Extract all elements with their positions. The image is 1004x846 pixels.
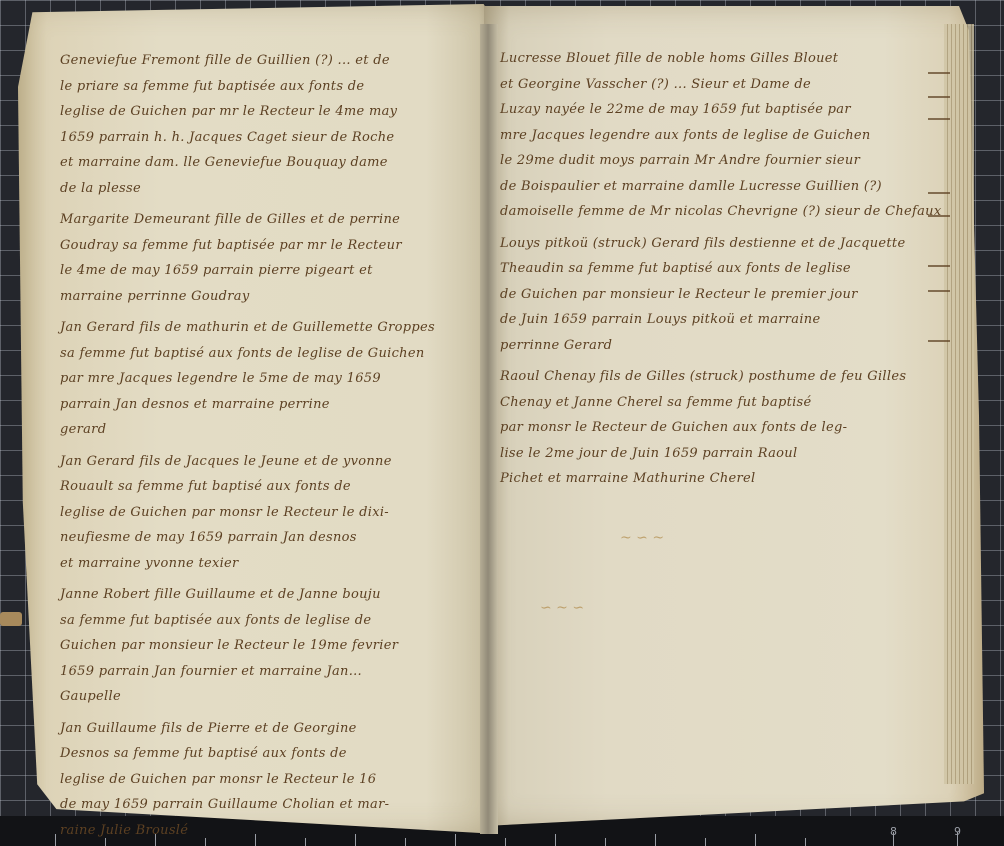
baptism-entry: Jan Gerard fils de mathurin et de Guille…: [60, 315, 465, 443]
ruler-tick: [55, 834, 56, 846]
baptism-entry: Jan Guillaume fils de Pierre et de Georg…: [60, 716, 465, 844]
baptism-entry: Raoul Chenay fils de Gilles (struck) pos…: [500, 364, 930, 492]
entry-line: mre Jacques legendre aux fonts de leglis…: [500, 123, 930, 149]
entry-line: le priare sa femme fut baptisée aux font…: [60, 74, 465, 100]
entry-line: et Georgine Vasscher (?) ... Sieur et Da…: [500, 72, 930, 98]
entry-line: Chenay et Janne Cherel sa femme fut bapt…: [500, 390, 930, 416]
margin-rule-mark: [928, 192, 950, 194]
margin-rule-mark: [928, 265, 950, 267]
ruler-tick: [505, 838, 506, 846]
entry-line: Margarite Demeurant fille de Gilles et d…: [60, 207, 465, 233]
entry-line: de la plesse: [60, 176, 465, 202]
entry-line: Jan Guillaume fils de Pierre et de Georg…: [60, 716, 465, 742]
baptism-entry: Lucresse Blouet fille de noble homs Gill…: [500, 46, 930, 225]
entry-line: le 29me dudit moys parrain Mr Andre four…: [500, 148, 930, 174]
entry-line: le 4me de may 1659 parrain pierre pigear…: [60, 258, 465, 284]
margin-rule-mark: [928, 72, 950, 74]
baptism-entry: Geneviefue Fremont fille de Guillien (?)…: [60, 48, 465, 201]
entry-line: leglise de Guichen par monsr le Recteur …: [60, 767, 465, 793]
ruler-tick: [705, 838, 706, 846]
entry-line: Geneviefue Fremont fille de Guillien (?)…: [60, 48, 465, 74]
entry-line: Jan Gerard fils de mathurin et de Guille…: [60, 315, 465, 341]
entry-line: 1659 parrain Jan fournier et marraine Ja…: [60, 659, 465, 685]
faded-ink-mark: ∽ ~ ∽: [540, 600, 584, 616]
entry-line: de may 1659 parrain Guillaume Cholian et…: [60, 792, 465, 818]
entry-line: damoiselle femme de Mr nicolas Chevrigne…: [500, 199, 930, 225]
entry-line: leglise de Guichen par mr le Recteur le …: [60, 99, 465, 125]
baptism-entry: Janne Robert fille Guillaume et de Janne…: [60, 582, 465, 710]
entry-line: sa femme fut baptisée aux fonts de legli…: [60, 608, 465, 634]
margin-rule-mark: [928, 340, 950, 342]
entry-line: Raoul Chenay fils de Gilles (struck) pos…: [500, 364, 930, 390]
margin-rule-mark: [928, 290, 950, 292]
entry-line: Guichen par monsieur le Recteur le 19me …: [60, 633, 465, 659]
entry-line: par monsr le Recteur de Guichen aux font…: [500, 415, 930, 441]
entry-line: 1659 parrain h. h. Jacques Caget sieur d…: [60, 125, 465, 151]
margin-rule-mark: [928, 96, 950, 98]
ruler-tick: [655, 834, 656, 846]
ruler-tick: [605, 838, 606, 846]
left-page-text: Geneviefue Fremont fille de Guillien (?)…: [60, 48, 465, 846]
entry-line: de Juin 1659 parrain Louys pitkoü et mar…: [500, 307, 930, 333]
entry-line: leglise de Guichen par monsr le Recteur …: [60, 500, 465, 526]
entry-line: Louys pitkoü (struck) Gerard fils destie…: [500, 231, 930, 257]
entry-line: Gaupelle: [60, 684, 465, 710]
entry-line: et marraine dam. lle Geneviefue Bouquay …: [60, 150, 465, 176]
book-gutter: [480, 24, 498, 834]
page-edges: [944, 24, 974, 784]
entry-line: sa femme fut baptisé aux fonts de leglis…: [60, 341, 465, 367]
entry-line: Luzay nayée le 22me de may 1659 fut bapt…: [500, 97, 930, 123]
entry-line: perrinne Gerard: [500, 333, 930, 359]
entry-line: lise le 2me jour de Juin 1659 parrain Ra…: [500, 441, 930, 467]
entry-line: de Boispaulier et marraine damlle Lucres…: [500, 174, 930, 200]
entry-line: neufiesme de may 1659 parrain Jan desnos: [60, 525, 465, 551]
margin-rule-mark: [928, 215, 950, 217]
margin-rule-mark: [928, 118, 950, 120]
entry-line: Theaudin sa femme fut baptisé aux fonts …: [500, 256, 930, 282]
baptism-entry: Margarite Demeurant fille de Gilles et d…: [60, 207, 465, 309]
entry-line: par mre Jacques legendre le 5me de may 1…: [60, 366, 465, 392]
entry-line: raine Julie Brouslé: [60, 818, 465, 844]
entry-line: Jan Gerard fils de Jacques le Jeune et d…: [60, 449, 465, 475]
ruler-tick: [555, 834, 556, 846]
faded-ink-mark: ~ ∽ ~: [620, 530, 664, 546]
baptism-entry: Louys pitkoü (struck) Gerard fils destie…: [500, 231, 930, 359]
right-page-text: Lucresse Blouet fille de noble homs Gill…: [500, 46, 930, 498]
entry-line: de Guichen par monsieur le Recteur le pr…: [500, 282, 930, 308]
entry-line: Pichet et marraine Mathurine Cherel: [500, 466, 930, 492]
entry-line: Rouault sa femme fut baptisé aux fonts d…: [60, 474, 465, 500]
entry-line: Desnos sa femme fut baptisé aux fonts de: [60, 741, 465, 767]
entry-line: Goudray sa femme fut baptisée par mr le …: [60, 233, 465, 259]
entry-line: Janne Robert fille Guillaume et de Janne…: [60, 582, 465, 608]
entry-line: et marraine yvonne texier: [60, 551, 465, 577]
baptism-entry: Jan Gerard fils de Jacques le Jeune et d…: [60, 449, 465, 577]
ruler-tick: [805, 838, 806, 846]
entry-line: parrain Jan desnos et marraine perrine: [60, 392, 465, 418]
entry-line: Lucresse Blouet fille de noble homs Gill…: [500, 46, 930, 72]
entry-line: marraine perrinne Goudray: [60, 284, 465, 310]
entry-line: gerard: [60, 417, 465, 443]
ruler-tick: [755, 834, 756, 846]
